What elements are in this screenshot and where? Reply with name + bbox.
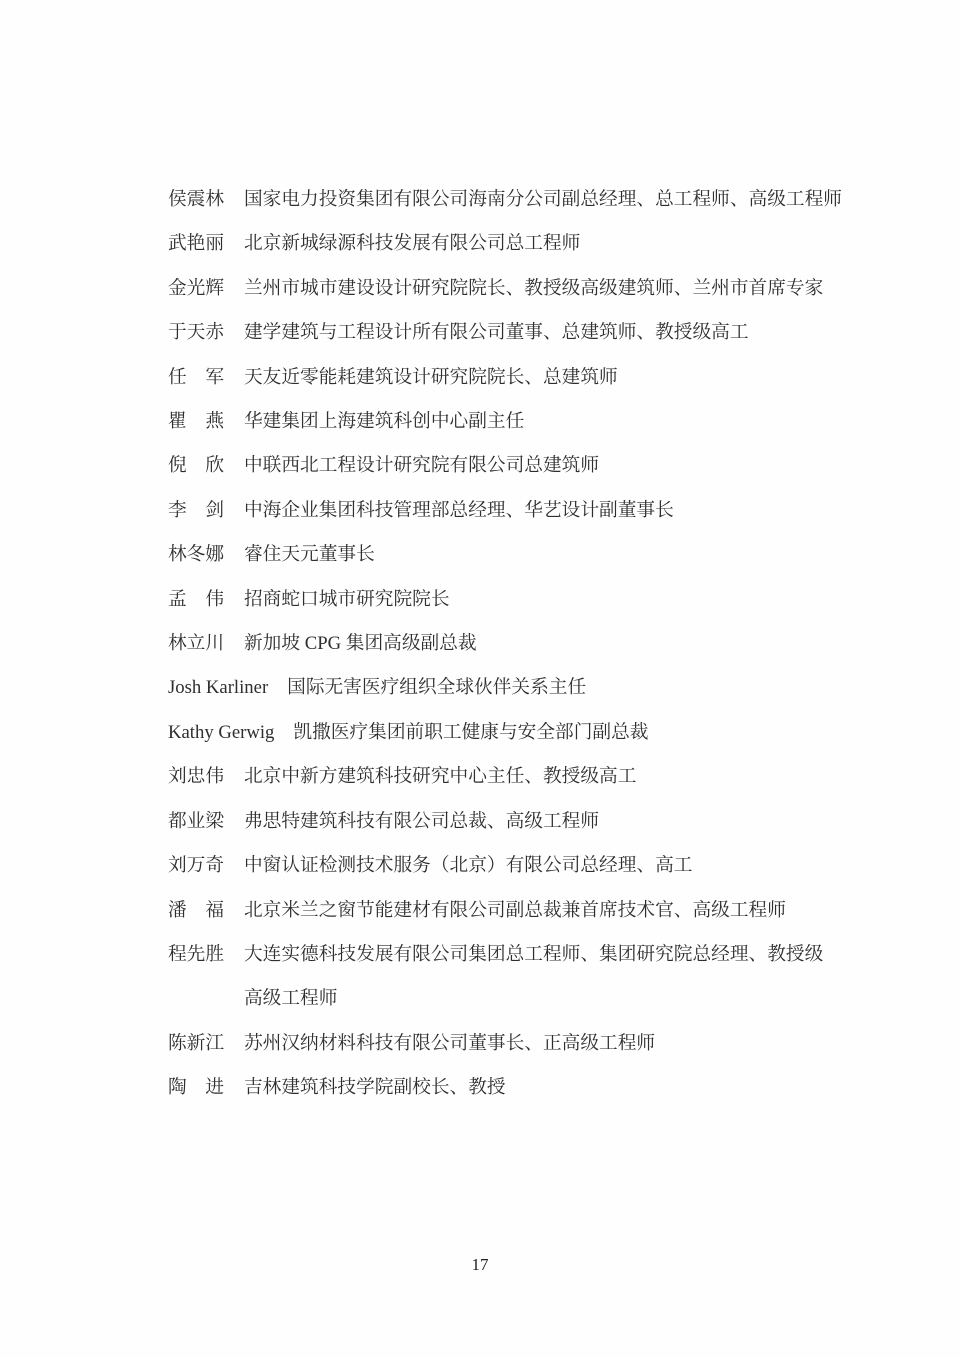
person-title-line: 国家电力投资集团有限公司海南分公司副总经理、总工程师、高级工程师 [244,178,842,222]
person-title: 吉林建筑科技学院副校长、教授 [244,1066,506,1110]
person-title-line: 高级工程师 [244,977,823,1021]
person-name: 林立川 [168,622,225,666]
person-title: 中海企业集团科技管理部总经理、华艺设计副董事长 [244,489,674,533]
person-name: 李 剑 [168,489,225,533]
page-number: 17 [0,1254,960,1276]
person-name: Kathy Gerwig [168,711,274,755]
person-title: 中窗认证检测技术服务（北京）有限公司总经理、高工 [244,844,693,888]
person-name: 孟 伟 [168,578,225,622]
person-title: 新加坡 CPG 集团高级副总裁 [244,622,477,666]
person-title-line: 建学建筑与工程设计所有限公司董事、总建筑师、教授级高工 [244,311,749,355]
list-item: 都业梁 弗思特建筑科技有限公司总裁、高级工程师 [168,800,860,844]
person-title-line: 招商蛇口城市研究院院长 [244,578,450,622]
person-title-line: 弗思特建筑科技有限公司总裁、高级工程师 [244,800,599,844]
person-title: 大连实德科技发展有限公司集团总工程师、集团研究院总经理、教授级高级工程师 [244,933,823,1022]
person-name: 侯震林 [168,178,225,222]
person-title-line: 天友近零能耗建筑设计研究院院长、总建筑师 [244,356,618,400]
list-item: 刘忠伟 北京中新方建筑科技研究中心主任、教授级高工 [168,755,860,799]
list-item: 瞿 燕 华建集团上海建筑科创中心副主任 [168,400,860,444]
person-title-line: 国际无害医疗组织全球伙伴关系主任 [287,666,586,710]
person-title: 国际无害医疗组织全球伙伴关系主任 [287,666,586,710]
person-title-line: 凯撒医疗集团前职工健康与安全部门副总裁 [293,711,648,755]
list-item: 倪 欣 中联西北工程设计研究院有限公司总建筑师 [168,444,860,488]
person-name: 潘 福 [168,889,225,933]
person-title-line: 大连实德科技发展有限公司集团总工程师、集团研究院总经理、教授级 [244,933,823,977]
person-title-line: 中海企业集团科技管理部总经理、华艺设计副董事长 [244,489,674,533]
person-name: 刘万奇 [168,844,225,888]
person-title: 北京中新方建筑科技研究中心主任、教授级高工 [244,755,636,799]
list-item: 任 军 天友近零能耗建筑设计研究院院长、总建筑师 [168,356,860,400]
document-page: 侯震林 国家电力投资集团有限公司海南分公司副总经理、总工程师、高级工程师 武艳丽… [0,0,960,1357]
person-title: 北京米兰之窗节能建材有限公司副总裁兼首席技术官、高级工程师 [244,889,786,933]
person-title: 天友近零能耗建筑设计研究院院长、总建筑师 [244,356,618,400]
person-title: 弗思特建筑科技有限公司总裁、高级工程师 [244,800,599,844]
person-title: 兰州市城市建设设计研究院院长、教授级高级建筑师、兰州市首席专家 [244,267,823,311]
person-title-line: 兰州市城市建设设计研究院院长、教授级高级建筑师、兰州市首席专家 [244,267,823,311]
person-name: 金光辉 [168,267,225,311]
list-item: 程先胜 大连实德科技发展有限公司集团总工程师、集团研究院总经理、教授级高级工程师 [168,933,860,1022]
list-item: 陶 进 吉林建筑科技学院副校长、教授 [168,1066,860,1110]
person-name: 任 军 [168,356,225,400]
person-name: 陈新江 [168,1022,225,1066]
list-item: Kathy Gerwig 凯撒医疗集团前职工健康与安全部门副总裁 [168,711,860,755]
person-name: 刘忠伟 [168,755,225,799]
person-title-line: 吉林建筑科技学院副校长、教授 [244,1066,506,1110]
list-item: 林冬娜 睿住天元董事长 [168,533,860,577]
person-title-line: 中窗认证检测技术服务（北京）有限公司总经理、高工 [244,844,693,888]
person-name: 于天赤 [168,311,225,355]
person-name: 倪 欣 [168,444,225,488]
list-item: 侯震林 国家电力投资集团有限公司海南分公司副总经理、总工程师、高级工程师 [168,178,860,222]
list-item: 孟 伟 招商蛇口城市研究院院长 [168,578,860,622]
person-title: 北京新城绿源科技发展有限公司总工程师 [244,222,580,266]
person-title-line: 华建集团上海建筑科创中心副主任 [244,400,524,444]
list-item: 刘万奇 中窗认证检测技术服务（北京）有限公司总经理、高工 [168,844,860,888]
list-item: 林立川 新加坡 CPG 集团高级副总裁 [168,622,860,666]
person-title: 华建集团上海建筑科创中心副主任 [244,400,524,444]
person-title-line: 北京中新方建筑科技研究中心主任、教授级高工 [244,755,636,799]
list-item: 于天赤 建学建筑与工程设计所有限公司董事、总建筑师、教授级高工 [168,311,860,355]
person-title: 招商蛇口城市研究院院长 [244,578,450,622]
people-list: 侯震林 国家电力投资集团有限公司海南分公司副总经理、总工程师、高级工程师 武艳丽… [168,178,860,1111]
list-item: 武艳丽 北京新城绿源科技发展有限公司总工程师 [168,222,860,266]
list-item: 金光辉 兰州市城市建设设计研究院院长、教授级高级建筑师、兰州市首席专家 [168,267,860,311]
person-name: Josh Karliner [168,666,268,710]
person-title: 凯撒医疗集团前职工健康与安全部门副总裁 [293,711,648,755]
person-title-line: 北京米兰之窗节能建材有限公司副总裁兼首席技术官、高级工程师 [244,889,786,933]
person-title-line: 北京新城绿源科技发展有限公司总工程师 [244,222,580,266]
list-item: Josh Karliner 国际无害医疗组织全球伙伴关系主任 [168,666,860,710]
person-title-line: 苏州汉纳材料科技有限公司董事长、正高级工程师 [244,1022,655,1066]
person-name: 武艳丽 [168,222,225,266]
person-title: 国家电力投资集团有限公司海南分公司副总经理、总工程师、高级工程师 [244,178,842,222]
person-title: 睿住天元董事长 [244,533,375,577]
person-title-line: 中联西北工程设计研究院有限公司总建筑师 [244,444,599,488]
person-title: 苏州汉纳材料科技有限公司董事长、正高级工程师 [244,1022,655,1066]
person-name: 都业梁 [168,800,225,844]
list-item: 李 剑 中海企业集团科技管理部总经理、华艺设计副董事长 [168,489,860,533]
person-title-line: 睿住天元董事长 [244,533,375,577]
person-name: 瞿 燕 [168,400,225,444]
person-title-line: 新加坡 CPG 集团高级副总裁 [244,622,477,666]
person-title: 中联西北工程设计研究院有限公司总建筑师 [244,444,599,488]
person-name: 林冬娜 [168,533,225,577]
person-name: 程先胜 [168,933,225,977]
person-name: 陶 进 [168,1066,225,1110]
list-item: 潘 福 北京米兰之窗节能建材有限公司副总裁兼首席技术官、高级工程师 [168,889,860,933]
person-title: 建学建筑与工程设计所有限公司董事、总建筑师、教授级高工 [244,311,749,355]
list-item: 陈新江 苏州汉纳材料科技有限公司董事长、正高级工程师 [168,1022,860,1066]
